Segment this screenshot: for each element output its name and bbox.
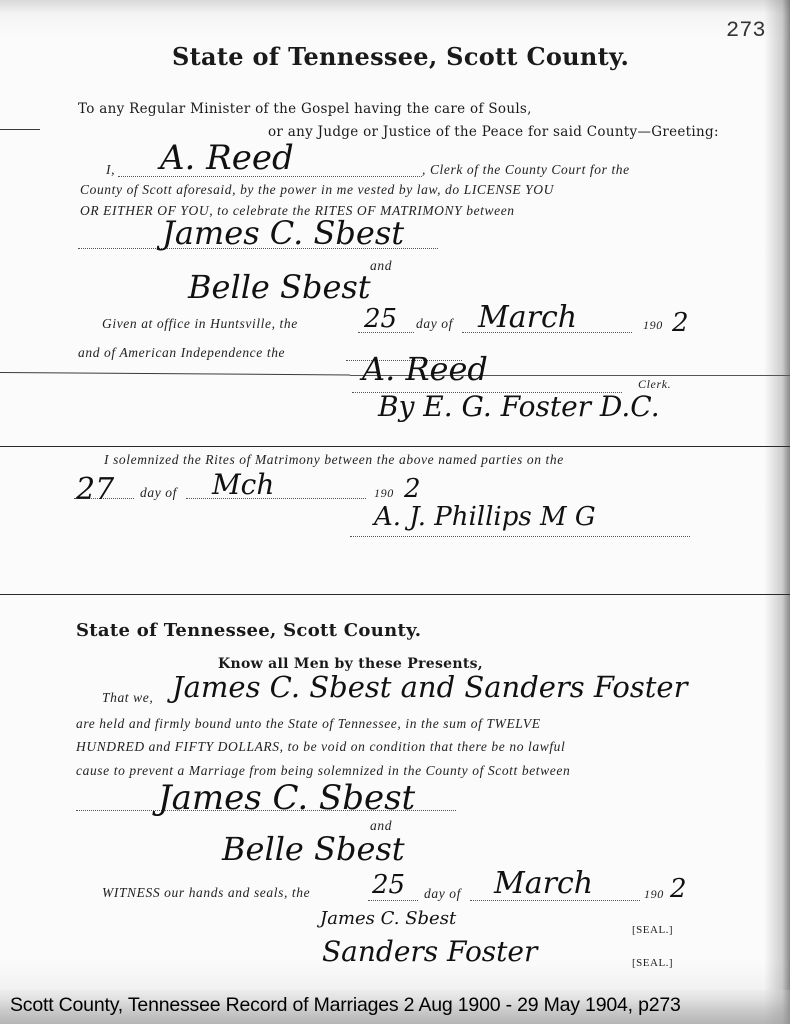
- officiant-signature-handwritten: A. J. Phillips M G: [374, 502, 596, 532]
- license-groom-handwritten: James C. Sbest: [162, 214, 404, 252]
- given-day-handwritten: 25: [364, 304, 397, 334]
- witness-day-of-label: day of: [424, 886, 461, 902]
- margin-mark: [0, 129, 40, 130]
- clerk-signature-handwritten: A. Reed: [362, 350, 488, 388]
- license-and-label: and: [370, 258, 392, 274]
- solemnization-day-of-label: day of: [140, 485, 177, 501]
- solemnization-text: I solemnized the Rites of Matrimony betw…: [104, 452, 564, 468]
- witness-day-line: [368, 900, 418, 901]
- bond-signature1-handwritten: James C. Sbest: [320, 908, 456, 929]
- witness-year-digit-handwritten: 2: [670, 874, 687, 904]
- given-month-handwritten: March: [478, 300, 577, 335]
- clerk-name-handwritten: A. Reed: [160, 138, 294, 178]
- given-day-of-label: day of: [416, 316, 453, 332]
- witness-year-prefix: 190: [644, 887, 664, 902]
- bond-groom-handwritten: James C. Sbest: [158, 778, 415, 818]
- bond-body-line3: cause to prevent a Marriage from being s…: [76, 763, 570, 779]
- license-heading: State of Tennessee, Scott County.: [172, 42, 629, 71]
- solemnization-month-handwritten: Mch: [212, 468, 274, 501]
- given-year-prefix: 190: [643, 318, 663, 333]
- license-address-line1: To any Regular Minister of the Gospel ha…: [78, 101, 532, 117]
- license-bride-handwritten: Belle Sbest: [188, 268, 371, 306]
- witness-month-handwritten: March: [494, 866, 593, 901]
- marriage-record-page: 273 State of Tennessee, Scott County. To…: [0, 0, 790, 1024]
- officiant-signature-line: [350, 536, 690, 537]
- witness-day-handwritten: 25: [372, 870, 405, 900]
- clerk-title-text: , Clerk of the County Court for the: [422, 162, 630, 178]
- independence-label: and of American Independence the: [78, 345, 285, 361]
- bond-signature2-handwritten: Sanders Foster: [322, 935, 537, 968]
- witness-text: WITNESS our hands and seals, the: [102, 885, 310, 901]
- solemnization-year-prefix: 190: [374, 486, 394, 501]
- bond-body-line2: HUNDRED and FIFTY DOLLARS, to be void on…: [76, 739, 565, 755]
- deputy-signature-handwritten: By E. G. Foster D.C.: [378, 390, 660, 423]
- that-we-label: That we,: [102, 690, 153, 706]
- license-address-line2: or any Judge or Justice of the Peace for…: [268, 124, 719, 140]
- given-at-office-text: Given at office in Huntsville, the: [102, 316, 298, 332]
- license-body-line1: County of Scott aforesaid, by the power …: [80, 182, 554, 198]
- seal-label-2: [SEAL.]: [632, 957, 673, 969]
- section-divider: [0, 446, 790, 447]
- scan-edge-shadow: [764, 0, 790, 1024]
- clerk-prefix: I,: [106, 162, 115, 178]
- bond-bride-handwritten: Belle Sbest: [222, 830, 405, 868]
- solemnization-year-digit-handwritten: 2: [404, 474, 421, 504]
- seal-label-1: [SEAL.]: [632, 924, 673, 936]
- given-year-digit-handwritten: 2: [672, 308, 689, 338]
- page-number: 273: [726, 18, 766, 43]
- bond-body-line1: are held and firmly bound unto the State…: [76, 716, 541, 732]
- solemnization-day-handwritten: 27: [76, 472, 114, 507]
- bond-principals-handwritten: James C. Sbest and Sanders Foster: [172, 670, 687, 704]
- record-caption: Scott County, Tennessee Record of Marria…: [10, 994, 681, 1017]
- ledger-rule: [0, 372, 350, 375]
- record-caption-bar: Scott County, Tennessee Record of Marria…: [0, 990, 790, 1024]
- section-divider: [0, 594, 790, 595]
- bond-heading: State of Tennessee, Scott County.: [76, 620, 421, 641]
